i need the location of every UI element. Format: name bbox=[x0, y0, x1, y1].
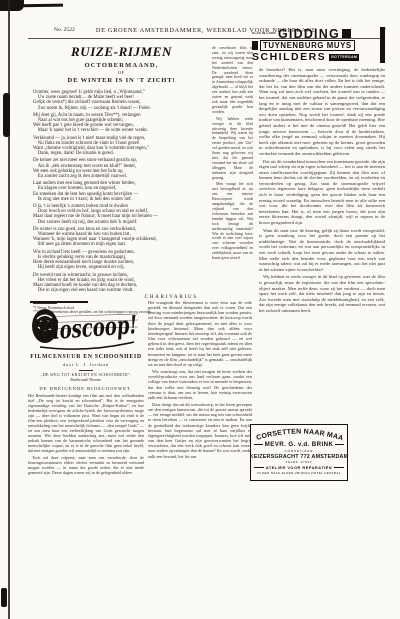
corsetten-ad: CORSETTEN NAAR MAAT MEVR. G. v.d. BRINK … bbox=[250, 424, 348, 481]
article-paragraph: Daar dreigt dus uit dit wetsontwerp, in … bbox=[148, 402, 252, 459]
article-byline: door L. J. Jordaan bbox=[28, 362, 144, 367]
gidding-ad-line3: SCHILDERS bbox=[252, 51, 326, 63]
gidding-ad: GLAS IN LOOD GIDDING TUYNENBURG MUYS SCH… bbox=[252, 27, 385, 64]
poem-stanza: De kelner zet niet meer een stom-verbaas… bbox=[33, 158, 210, 179]
poem-stanza: Verkleumd — ja, koud is 't niet! maar st… bbox=[33, 136, 210, 157]
byline-rule bbox=[79, 370, 93, 371]
poem-stanza: O ja, 't is heerlijk 's zomers buiten ro… bbox=[33, 204, 210, 225]
article-section-heading: DE DREIGENDE BIOSCOOPWET. bbox=[28, 386, 144, 391]
article-motto-theater: Rembrandt-Theater. bbox=[28, 378, 144, 382]
article-paragraph: Want dit staat vast: de keuring, gelijk … bbox=[259, 228, 385, 273]
newspaper-page: No. 2522 DE GROENE AMSTERDAMMER, WEEKBLA… bbox=[0, 0, 400, 619]
gidding-ad-line2: TUYNENBURG MUYS bbox=[260, 40, 355, 51]
corsetten-ad-atelier: ATELIER VOOR REPARATIËN bbox=[266, 465, 332, 470]
poem-title: RUIZE-RIJMEN bbox=[33, 44, 210, 60]
gidding-ad-badge: ROTTERDAM bbox=[329, 54, 359, 61]
corsetten-ad-address: KEIZERSGRACHT 772 AMSTERDAM bbox=[250, 454, 349, 460]
article-paragraph: Wij hebben reeds vroeger in dit blad uit… bbox=[212, 117, 253, 181]
article-paragraph: Het Rembrandt-theater kondigt een film a… bbox=[28, 393, 144, 453]
corsetten-ad-name: MEVR. G. v.d. BRINK bbox=[265, 441, 334, 448]
article-title: FILMCENSUUR EN SCHOONHEID bbox=[28, 354, 144, 360]
poem-stanza: De wereld rust in winternacht, in grauwe… bbox=[33, 273, 210, 294]
poem-stanza: De winter is zoo goed, zoo knus en zoo v… bbox=[33, 227, 210, 248]
gidding-ad-topline: GLAS IN LOOD bbox=[252, 32, 276, 35]
svg-text:CORSETTEN NAAR MAAT: CORSETTEN NAAR MAAT bbox=[254, 426, 344, 441]
article-paragraph: Het vraagstuk der filmcensuur is weer ee… bbox=[148, 300, 252, 367]
poem-stanza: Laat andren met een bang gemoed den wint… bbox=[33, 181, 210, 202]
poem-stanza: October, wees gegroet! U geldt mijn lied… bbox=[33, 90, 210, 111]
middle-column-top: de onverkorte film te zien, en wij waren… bbox=[212, 46, 253, 263]
article-paragraph: de onverkorte film te zien, en wij waren… bbox=[212, 46, 253, 115]
scan-artifact bbox=[13, 4, 63, 8]
article-paragraph: Dat uit dit wonderkind intusschen een ku… bbox=[259, 159, 385, 226]
article-paragraph: de bezoeker? Het is, naar onze overtuigi… bbox=[259, 67, 385, 157]
poem-stanza: Mij doet gij, Acht in naam, in wezen Tie… bbox=[33, 113, 210, 134]
poem-section: RUIZE-RIJMEN OCTOBERMAAND, OF DE WINTER … bbox=[33, 44, 210, 315]
section-divider-rule bbox=[30, 301, 88, 303]
gidding-ad-name: GIDDING bbox=[278, 26, 340, 41]
corsetten-arch-text: CORSETTEN NAAR MAAT bbox=[254, 426, 344, 441]
left-column-body: Het Rembrandt-theater kondigt een film a… bbox=[28, 393, 144, 490]
bioscoop-logo-text: Bioscoop! bbox=[36, 310, 139, 346]
corsetten-ad-subtitle: CORSETIÈRE bbox=[285, 449, 314, 453]
article-paragraph: Toch zal deze rolprent, naar men ons ver… bbox=[28, 455, 144, 475]
ad-decorative-bar bbox=[380, 27, 385, 63]
corsetten-ad-footer: IN DEN HAAG ELKEN VRIJDAG HOTEL CENTRAL bbox=[257, 471, 340, 475]
poem-stanzas: October, wees gegroet! U geldt mijn lied… bbox=[33, 90, 210, 293]
ad-decorative-block bbox=[252, 41, 258, 50]
middle-column: Het vraagstuk der filmcensuur is weer ee… bbox=[148, 300, 252, 492]
article-paragraph: Men vraagt het zich met bezorgdheid af, … bbox=[212, 182, 253, 261]
poem-subtitle: OCTOBERMAAND, bbox=[33, 62, 210, 69]
right-column: de bezoeker? Het is, naar onze overtuigi… bbox=[259, 67, 385, 419]
poem-subtitle: OF bbox=[33, 70, 210, 75]
scan-artifact bbox=[1, 588, 7, 607]
article-paragraph: Wij hebben er reeds vroeger in dit blad … bbox=[259, 274, 385, 313]
article-motto: „DE WEG TOT KRACHT EN SCHOONHEID”. bbox=[28, 373, 144, 377]
ad-decorative-block bbox=[342, 29, 351, 38]
article-paragraph: Wie waarborgt ons, dat niet morgen de be… bbox=[148, 369, 252, 400]
scan-artifact bbox=[3, 93, 10, 137]
poem-stanza: Wie in zichzelf iets heeft — gevoelens e… bbox=[33, 250, 210, 271]
poem-subtitle: DE WINTER IS IN 'T ZICHT! bbox=[33, 77, 210, 84]
bioscoop-logo-illustration: Bioscoop! bbox=[30, 305, 142, 351]
